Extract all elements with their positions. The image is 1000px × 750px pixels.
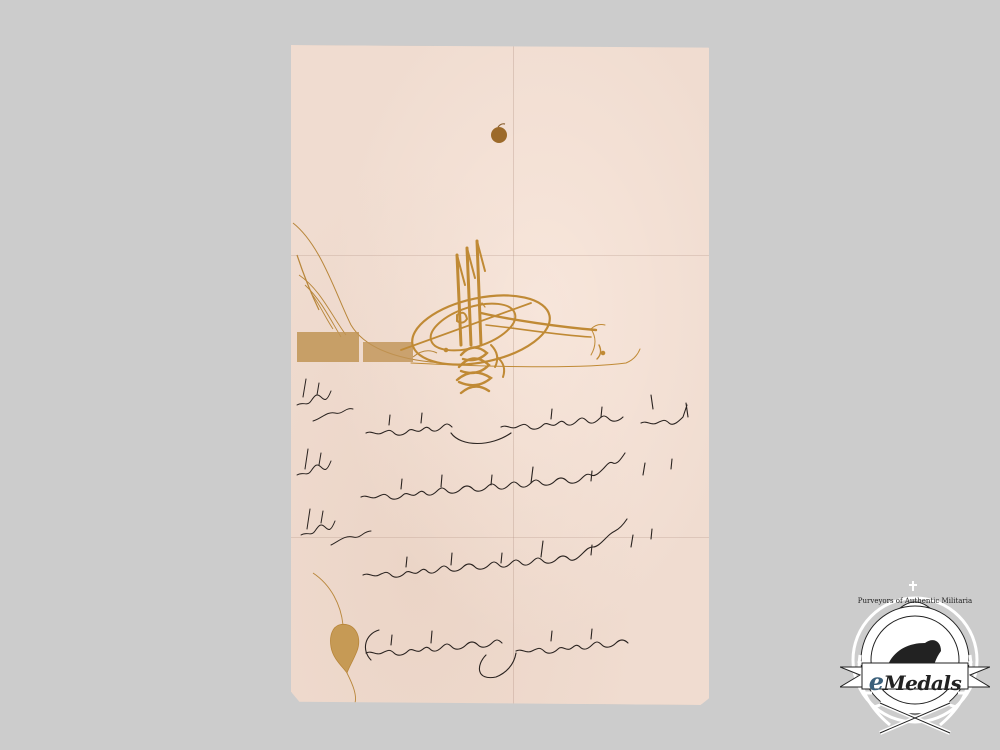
watermark-motto: Purveyors of Authentic Militaria (840, 597, 990, 605)
script-line-1 (366, 395, 688, 444)
emedals-watermark: Purveyors of Authentic Militaria eMedals (840, 575, 990, 740)
tughra-monogram (401, 241, 640, 393)
firman-document (291, 45, 709, 705)
script-line-2 (361, 453, 672, 499)
watermark-brand-name: Medals (884, 671, 962, 695)
seal-dot-icon (491, 124, 507, 143)
watermark-brand-prefix: e (869, 667, 884, 696)
marginal-note (297, 379, 371, 545)
leaf-ornament (313, 573, 359, 703)
document-subject: Ottoman imperial document (berat/firman)… (0, 0, 1, 1)
script-line-3 (363, 519, 652, 577)
left-scroll-ornament (293, 223, 441, 363)
watermark-brand: eMedals (840, 667, 990, 696)
script-line-4 (365, 629, 628, 678)
document-artwork (291, 45, 709, 705)
